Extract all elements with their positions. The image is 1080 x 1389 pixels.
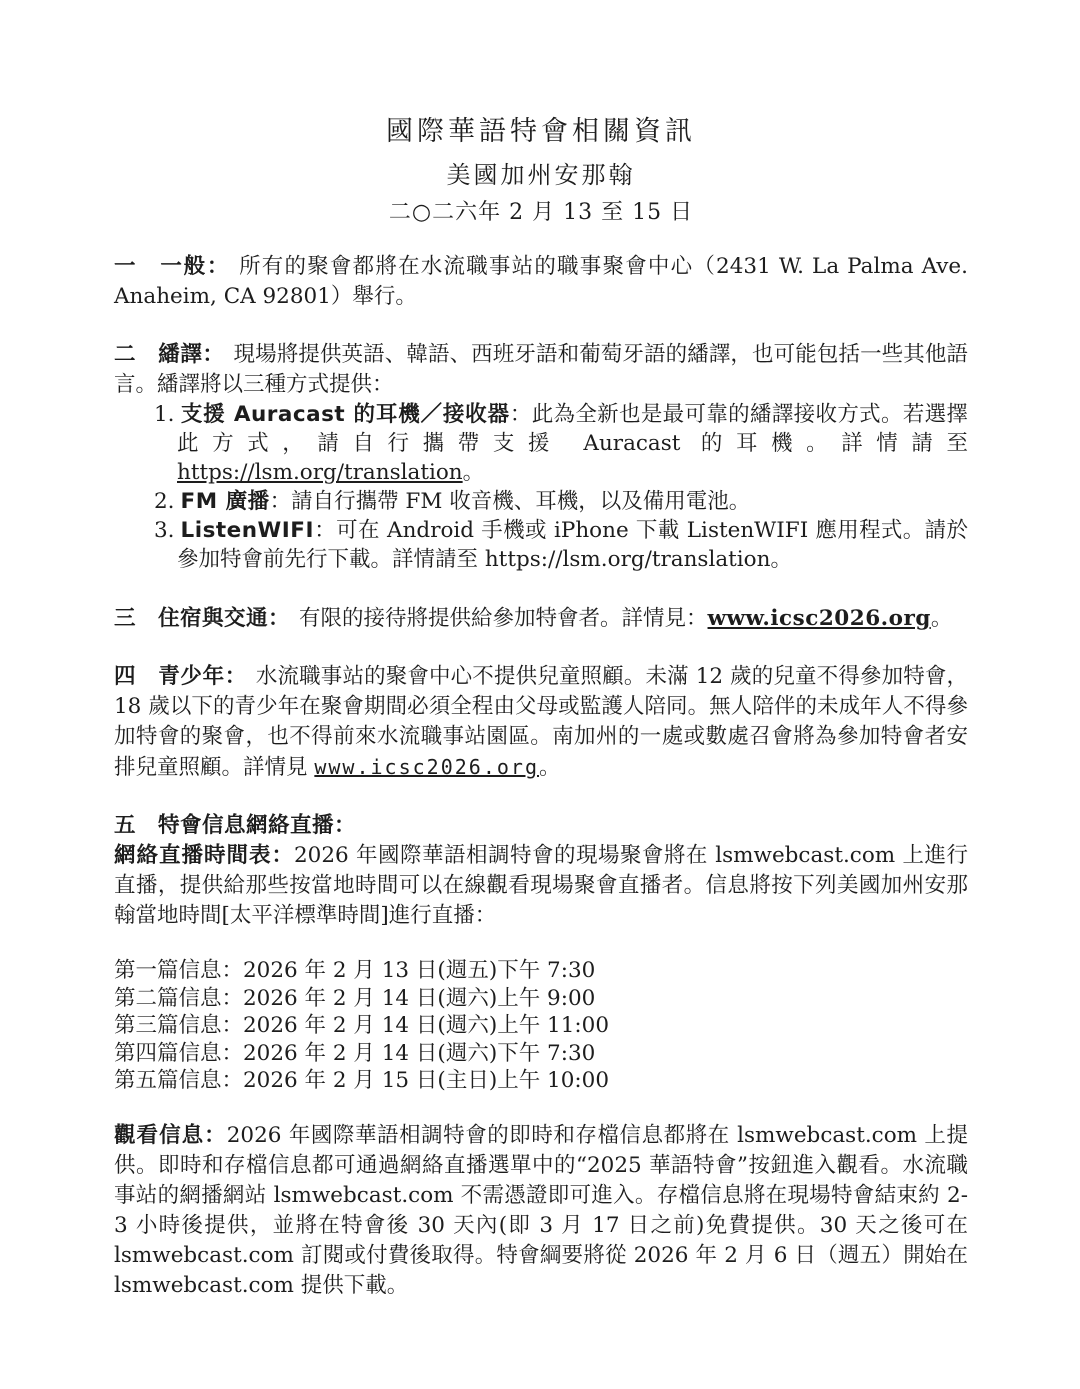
lsm-translation-link[interactable]: https://lsm.org/translation bbox=[177, 460, 463, 485]
section-lodging: 三 住宿與交通：有限的接待將提供給參加特會者。詳情見：www.icsc2026.… bbox=[114, 604, 968, 634]
section-lodging-end: 。 bbox=[931, 606, 953, 631]
translation-method-listenwifi: 3.ListenWIFI：可在 Android 手機或 iPhone 下載 Li… bbox=[122, 516, 968, 574]
method-label: 支援 Auracast 的耳機／接收器 bbox=[181, 402, 510, 427]
list-marker: 1. bbox=[154, 402, 175, 427]
section-lodging-heading: 三 住宿與交通： bbox=[114, 606, 290, 631]
webcast-schedule-line-5: 第五篇信息：2026 年 2 月 15 日(主日)上午 10:00 bbox=[114, 1067, 968, 1095]
section-youth-end: 。 bbox=[539, 755, 561, 780]
webcast-schedule-label: 網絡直播時間表： bbox=[114, 843, 294, 868]
webcast-watch-body: 2026 年國際華語相調特會的即時和存檔信息都將在 lsmwebcast.com… bbox=[114, 1123, 968, 1298]
title-block: 國際華語特會相關資訊 美國加州安那翰 二○二六年 2 月 13 至 15 日 bbox=[114, 112, 968, 228]
method-label: FM 廣播 bbox=[181, 489, 270, 514]
section-general-body: 所有的聚會都將在水流職事站的職事聚會中心（2431 W. La Palma Av… bbox=[114, 254, 968, 309]
webcast-schedule-line-4: 第四篇信息：2026 年 2 月 14 日(週六)下午 7:30 bbox=[114, 1040, 968, 1068]
document-page: 國際華語特會相關資訊 美國加州安那翰 二○二六年 2 月 13 至 15 日 一… bbox=[0, 0, 1080, 1389]
icsc2026-link[interactable]: www.icsc2026.org bbox=[708, 606, 931, 631]
doc-date: 二○二六年 2 月 13 至 15 日 bbox=[114, 198, 968, 228]
doc-title: 國際華語特會相關資訊 bbox=[114, 112, 968, 152]
method-text-end: 。 bbox=[463, 460, 485, 485]
webcast-schedule-line-3: 第三篇信息：2026 年 2 月 14 日(週六)上午 11:00 bbox=[114, 1012, 968, 1040]
webcast-schedule-line-1: 第一篇信息：2026 年 2 月 13 日(週五)下午 7:30 bbox=[114, 957, 968, 985]
webcast-schedule-line-2: 第二篇信息：2026 年 2 月 14 日(週六)上午 9:00 bbox=[114, 985, 968, 1013]
section-webcast-heading-line: 五 特會信息網絡直播： bbox=[114, 811, 968, 841]
section-webcast-heading: 五 特會信息網絡直播： bbox=[114, 813, 356, 838]
translation-method-list: 1.支援 Auracast 的耳機／接收器：此為全新也是最可靠的繙譯接收方式。若… bbox=[114, 400, 968, 574]
section-general: 一 一般：所有的聚會都將在水流職事站的職事聚會中心（2431 W. La Pal… bbox=[114, 252, 968, 312]
webcast-schedule-list: 第一篇信息：2026 年 2 月 13 日(週五)下午 7:30 第二篇信息：2… bbox=[114, 957, 968, 1095]
list-marker: 2. bbox=[154, 489, 175, 514]
section-general-heading: 一 一般： bbox=[114, 254, 230, 279]
section-translation-heading: 二 繙譯： bbox=[114, 342, 225, 367]
doc-location: 美國加州安那翰 bbox=[114, 158, 968, 192]
translation-method-fm: 2.FM 廣播：請自行攜帶 FM 收音機、耳機，以及備用電池。 bbox=[122, 487, 968, 516]
section-translation-body: 現場將提供英語、韓語、西班牙語和葡萄牙語的繙譯，也可能包括一些其他語言。繙譯將以… bbox=[114, 342, 968, 397]
webcast-watch-label: 觀看信息： bbox=[114, 1123, 227, 1148]
list-marker: 3. bbox=[154, 518, 175, 543]
section-translation: 二 繙譯：現場將提供英語、韓語、西班牙語和葡萄牙語的繙譯，也可能包括一些其他語言… bbox=[114, 340, 968, 400]
section-lodging-body: 有限的接待將提供給參加特會者。詳情見： bbox=[299, 606, 708, 631]
icsc2026-link-mono[interactable]: www.icsc2026.org bbox=[314, 755, 539, 779]
webcast-schedule-intro: 網絡直播時間表：2026 年國際華語相調特會的現場聚會將在 lsmwebcast… bbox=[114, 841, 968, 931]
translation-method-auracast: 1.支援 Auracast 的耳機／接收器：此為全新也是最可靠的繙譯接收方式。若… bbox=[122, 400, 968, 487]
section-youth-heading: 四 青少年： bbox=[114, 664, 247, 689]
method-label: ListenWIFI bbox=[181, 518, 314, 543]
section-youth: 四 青少年：水流職事站的聚會中心不提供兒童照顧。未滿 12 歲的兒童不得參加特會… bbox=[114, 662, 968, 783]
webcast-watch-info: 觀看信息：2026 年國際華語相調特會的即時和存檔信息都將在 lsmwebcas… bbox=[114, 1121, 968, 1301]
method-text: ：請自行攜帶 FM 收音機、耳機，以及備用電池。 bbox=[270, 489, 751, 514]
